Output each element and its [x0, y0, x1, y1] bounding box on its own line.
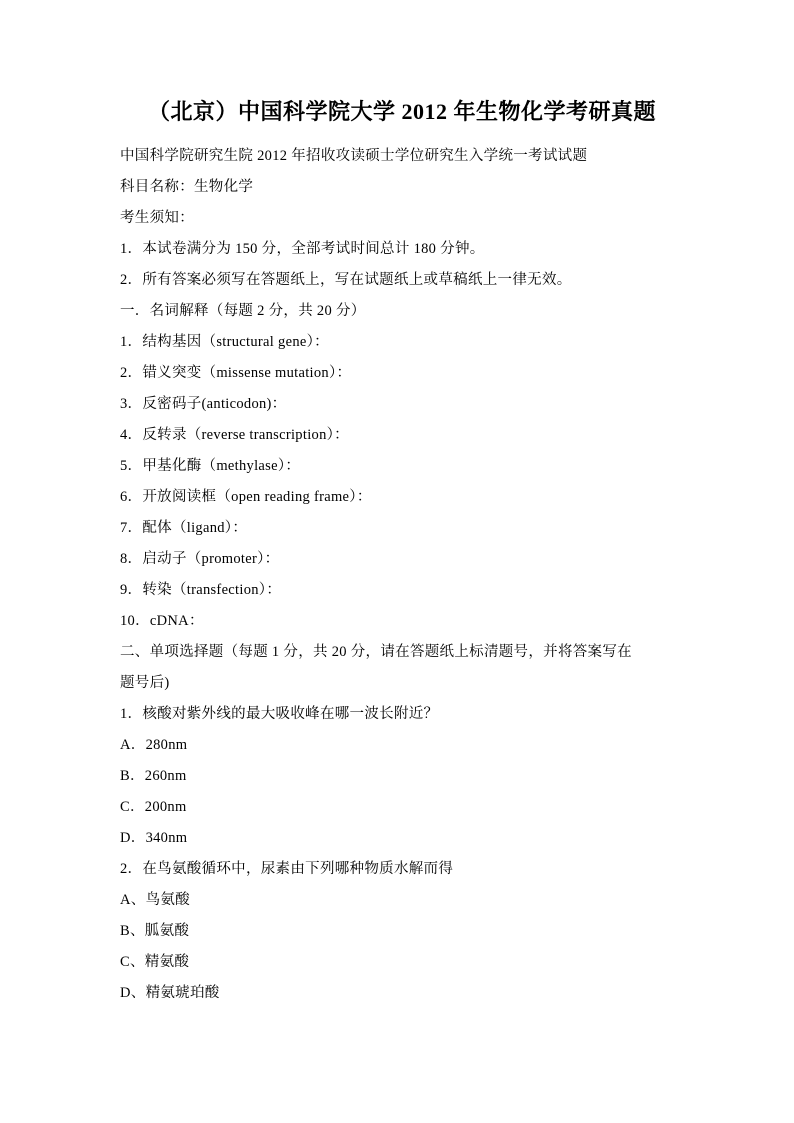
document-line: 9．转染（transfection）： — [120, 575, 684, 606]
document-line: 3．反密码子(anticodon)： — [120, 389, 684, 420]
document-line: 10．cDNA： — [120, 606, 684, 637]
document-line: 5．甲基化酶（methylase）： — [120, 451, 684, 482]
document-line: B、胍氨酸 — [120, 916, 684, 947]
document-line: 8．启动子（promoter）： — [120, 544, 684, 575]
exam-document-page: （北京）中国科学院大学 2012 年生物化学考研真题 中国科学院研究生院 201… — [0, 0, 794, 1123]
document-line: 1．结构基因（structural gene）： — [120, 327, 684, 358]
document-line: 6．开放阅读框（open reading frame）： — [120, 482, 684, 513]
document-line: 中国科学院研究生院 2012 年招收攻读硕士学位研究生入学统一考试试题 — [120, 141, 684, 172]
document-line: 科目名称：生物化学 — [120, 172, 684, 203]
document-body: 中国科学院研究生院 2012 年招收攻读硕士学位研究生入学统一考试试题科目名称：… — [120, 141, 684, 1009]
document-line: 考生须知： — [120, 203, 684, 234]
document-title: （北京）中国科学院大学 2012 年生物化学考研真题 — [120, 96, 684, 128]
document-line: 2．所有答案必须写在答题纸上，写在试题纸上或草稿纸上一律无效。 — [120, 265, 684, 296]
document-line: 2．错义突变（missense mutation）： — [120, 358, 684, 389]
document-line: 1．核酸对紫外线的最大吸收峰在哪一波长附近？ — [120, 699, 684, 730]
document-line: D．340nm — [120, 823, 684, 854]
document-line: 2．在鸟氨酸循环中，尿素由下列哪种物质水解而得 — [120, 854, 684, 885]
document-line: C．200nm — [120, 792, 684, 823]
document-line: C、精氨酸 — [120, 947, 684, 978]
document-line: A．280nm — [120, 730, 684, 761]
document-line: A、鸟氨酸 — [120, 885, 684, 916]
document-line: 4．反转录（reverse transcription）： — [120, 420, 684, 451]
document-line: D、精氨琥珀酸 — [120, 978, 684, 1009]
document-line: 1．本试卷满分为 150 分，全部考试时间总计 180 分钟。 — [120, 234, 684, 265]
document-line: 二、单项选择题（每题 1 分，共 20 分，请在答题纸上标清题号，并将答案写在 — [120, 637, 684, 668]
document-line: 题号后) — [120, 668, 684, 699]
document-line: 7．配体（ligand）： — [120, 513, 684, 544]
document-line: B．260nm — [120, 761, 684, 792]
document-line: 一．名词解释（每题 2 分，共 20 分） — [120, 296, 684, 327]
